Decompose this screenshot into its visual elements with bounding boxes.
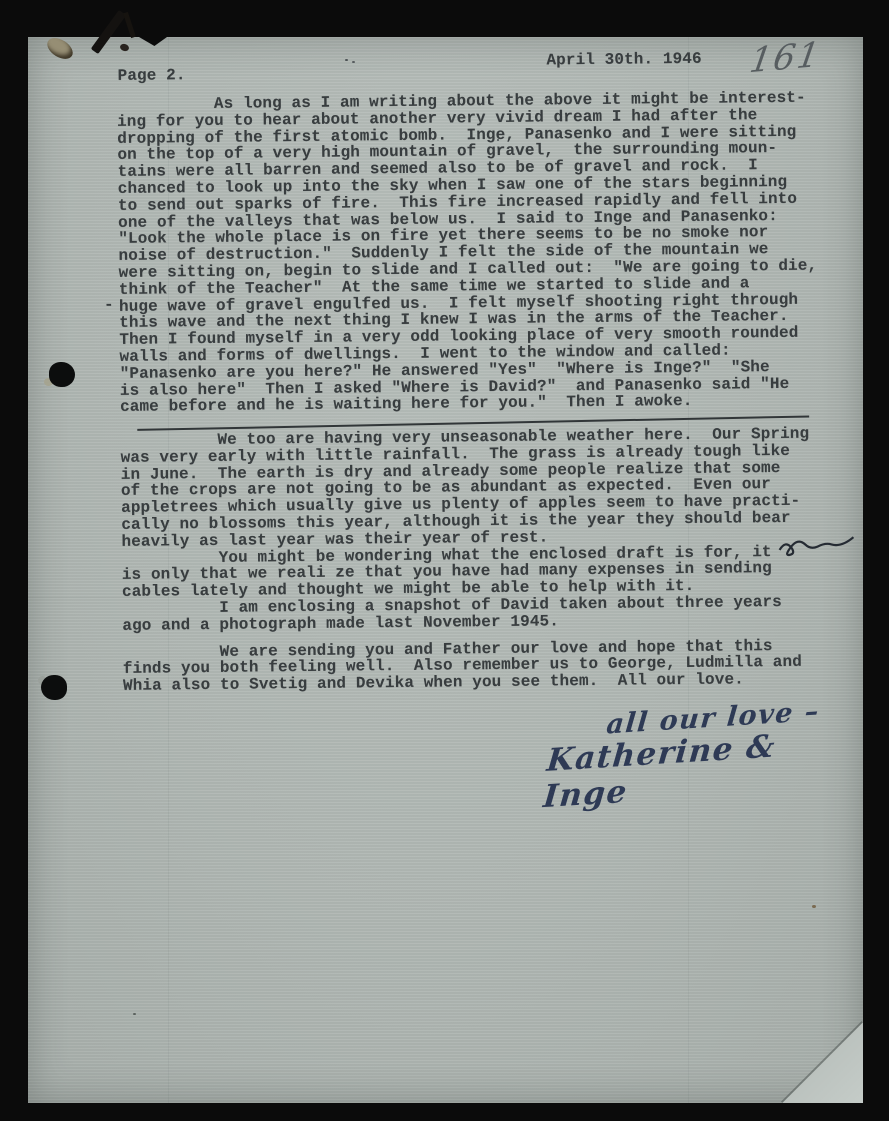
ink-smudge <box>123 12 136 38</box>
punch-hole-top <box>49 362 75 387</box>
scanned-letter-page: Page 2. April 30th. 1946 As long as I am… <box>0 0 889 1121</box>
punch-hole-bottom <box>41 675 67 700</box>
handwritten-correction-scribble <box>777 535 857 558</box>
dust-speck <box>352 61 355 63</box>
draft-paragraph: You might be wondering what the enclosed… <box>122 543 811 601</box>
page-label: Page 2. <box>117 67 185 85</box>
second-section: We too are having very unseasonable weat… <box>120 426 812 695</box>
snapshot-paragraph: I am enclosing a snapshot of David taken… <box>122 594 811 635</box>
dust-speck <box>812 905 816 908</box>
date-line: April 30th. 1946 <box>546 51 701 69</box>
dust-speck <box>345 59 348 61</box>
typed-content: Page 2. April 30th. 1946 As long as I am… <box>27 29 873 1104</box>
dust-speck <box>497 139 499 141</box>
dream-paragraph: As long as I am writing about the above … <box>117 90 819 416</box>
letter-paper: Page 2. April 30th. 1946 As long as I am… <box>28 37 863 1103</box>
signature-names: Katherine & Inge <box>542 722 873 815</box>
margin-dash-mark: - <box>104 297 114 314</box>
handwritten-page-number: 161 <box>747 35 824 82</box>
weather-paragraph: We too are having very unseasonable weat… <box>120 426 810 551</box>
dust-speck <box>133 1013 136 1015</box>
closing-paragraph: We are sending you and Father our love a… <box>123 637 812 695</box>
